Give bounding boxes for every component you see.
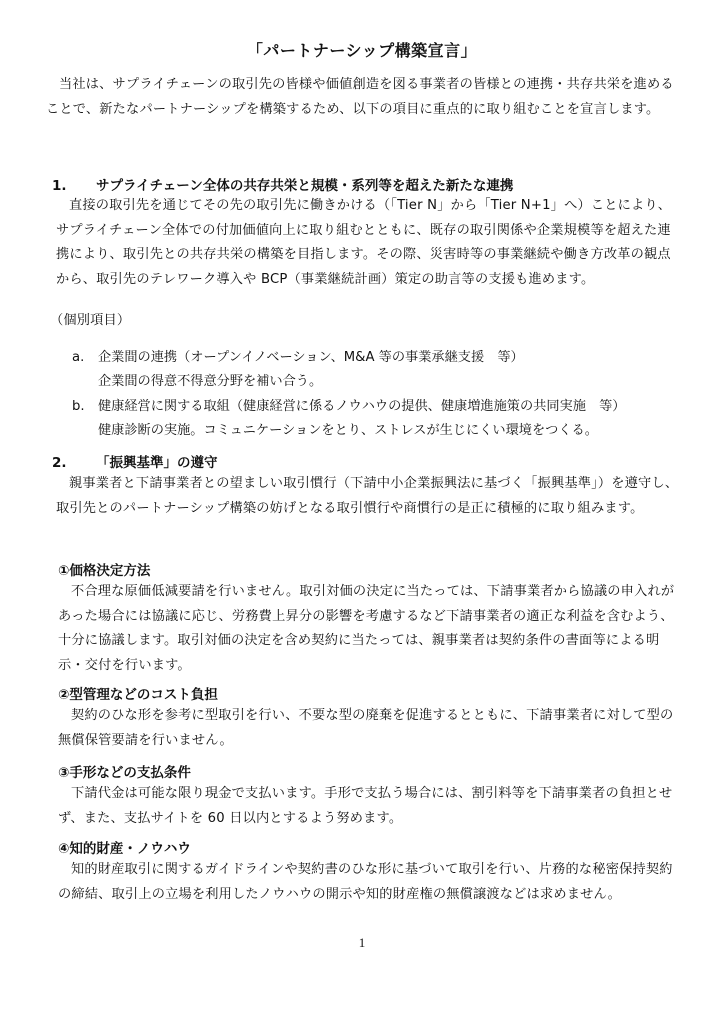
item-a-title: 企業間の連携（オープンイノベーション、M&A 等の事業承継支援 等） <box>98 346 692 370</box>
subsection-payment-body: 下請代金は可能な限り現金で支払います。手形で支払う場合には、割引料等を下請事業者… <box>58 782 682 831</box>
intro-paragraph: 当社は、サプライチェーンの取引先の皆様や価値創造を図る事業者の皆様との連携・共存… <box>46 73 680 122</box>
item-a-mark: a. <box>72 346 84 370</box>
subsection-ip-body: 知的財産取引に関するガイドラインや契約書のひな形に基づいて取引を行い、片務的な秘… <box>58 858 682 907</box>
item-b-detail: 健康診断の実施。コミュニケーションをとり、ストレスが生じにくい環境をつくる。 <box>98 419 712 443</box>
section-1-body: 直接の取引先を通じてその先の取引先に働きかける（「Tier N」から「Tier … <box>56 194 682 292</box>
subsection-mold-body: 契約のひな形を参考に型取引を行い、不要な型の廃棄を促進するとともに、下請事業者に… <box>58 704 682 753</box>
item-b-mark: b. <box>72 395 85 419</box>
section-2-number: 2. <box>52 452 96 474</box>
item-a-detail: 企業間の得意不得意分野を補い合う。 <box>98 370 692 394</box>
section-2-body: 親事業者と下請事業者との望ましい取引慣行（下請中小企業振興法に基づく「振興基準」… <box>56 472 682 521</box>
subsection-price-heading: ①価格決定方法 <box>58 560 658 582</box>
section-2-heading: 2.「振興基準」の遵守 <box>52 452 692 474</box>
document-title: 「パートナーシップ構築宣言」 <box>0 38 724 61</box>
item-a: a. 企業間の連携（オープンイノベーション、M&A 等の事業承継支援 等） 企業… <box>72 346 692 394</box>
subsection-ip-heading: ④知的財産・ノウハウ <box>58 838 658 860</box>
item-b-title: 健康経営に関する取組（健康経営に係るノウハウの提供、健康増進施策の共同実施 等） <box>98 395 712 419</box>
subsection-payment-heading: ③手形などの支払条件 <box>58 762 658 784</box>
item-b: b. 健康経営に関する取組（健康経営に係るノウハウの提供、健康増進施策の共同実施… <box>72 395 712 443</box>
subsection-mold-heading: ②型管理などのコスト負担 <box>58 684 658 706</box>
individual-items-label: （個別項目） <box>50 309 130 334</box>
section-2-title: 「振興基準」の遵守 <box>96 455 218 471</box>
subsection-price-body: 不合理な原価低減要請を行いません。取引対価の決定に当たっては、下請事業者から協議… <box>58 580 682 678</box>
section-1-title: サプライチェーン全体の共存共栄と規模・系列等を超えた新たな連携 <box>96 178 513 194</box>
page-number: 1 <box>0 935 724 951</box>
document-page: 「パートナーシップ構築宣言」 当社は、サプライチェーンの取引先の皆様や価値創造を… <box>0 0 724 1024</box>
